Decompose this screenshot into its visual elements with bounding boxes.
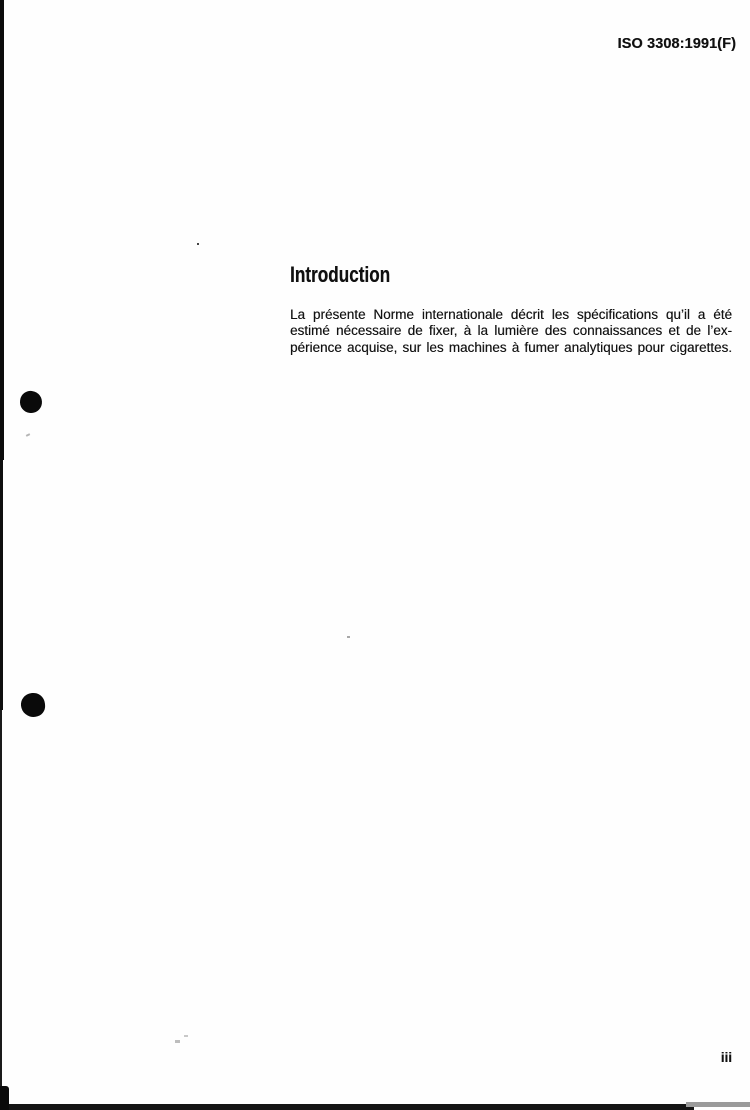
paragraph-line: La présente Norme internationale décrit … xyxy=(290,307,732,323)
scan-speck xyxy=(175,1040,180,1043)
punch-hole-mark xyxy=(19,390,44,415)
scan-edge-left xyxy=(0,460,3,710)
document-reference: ISO 3308:1991(F) xyxy=(618,36,736,52)
section-title: Introduction xyxy=(290,264,390,286)
scan-speck xyxy=(197,243,199,245)
scan-edge-bottom xyxy=(0,1104,694,1110)
scan-speck xyxy=(347,636,350,638)
scan-edge-left xyxy=(0,0,4,460)
document-page: ISO 3308:1991(F) Introduction La présent… xyxy=(0,0,750,1110)
scan-speck xyxy=(184,1035,188,1037)
page-number: iii xyxy=(721,1050,732,1065)
paragraph-line: périence acquise, sur les machines à fum… xyxy=(290,340,732,356)
scan-edge-left xyxy=(0,710,2,1110)
scan-corner-blob xyxy=(0,1086,9,1110)
scan-speck xyxy=(26,433,30,437)
scan-edge-bottom-light xyxy=(686,1102,750,1107)
paragraph-line: estimé nécessaire de fixer, à la lumière… xyxy=(290,323,732,339)
introduction-paragraph: La présente Norme internationale décrit … xyxy=(290,307,732,356)
punch-hole-mark xyxy=(20,692,46,718)
